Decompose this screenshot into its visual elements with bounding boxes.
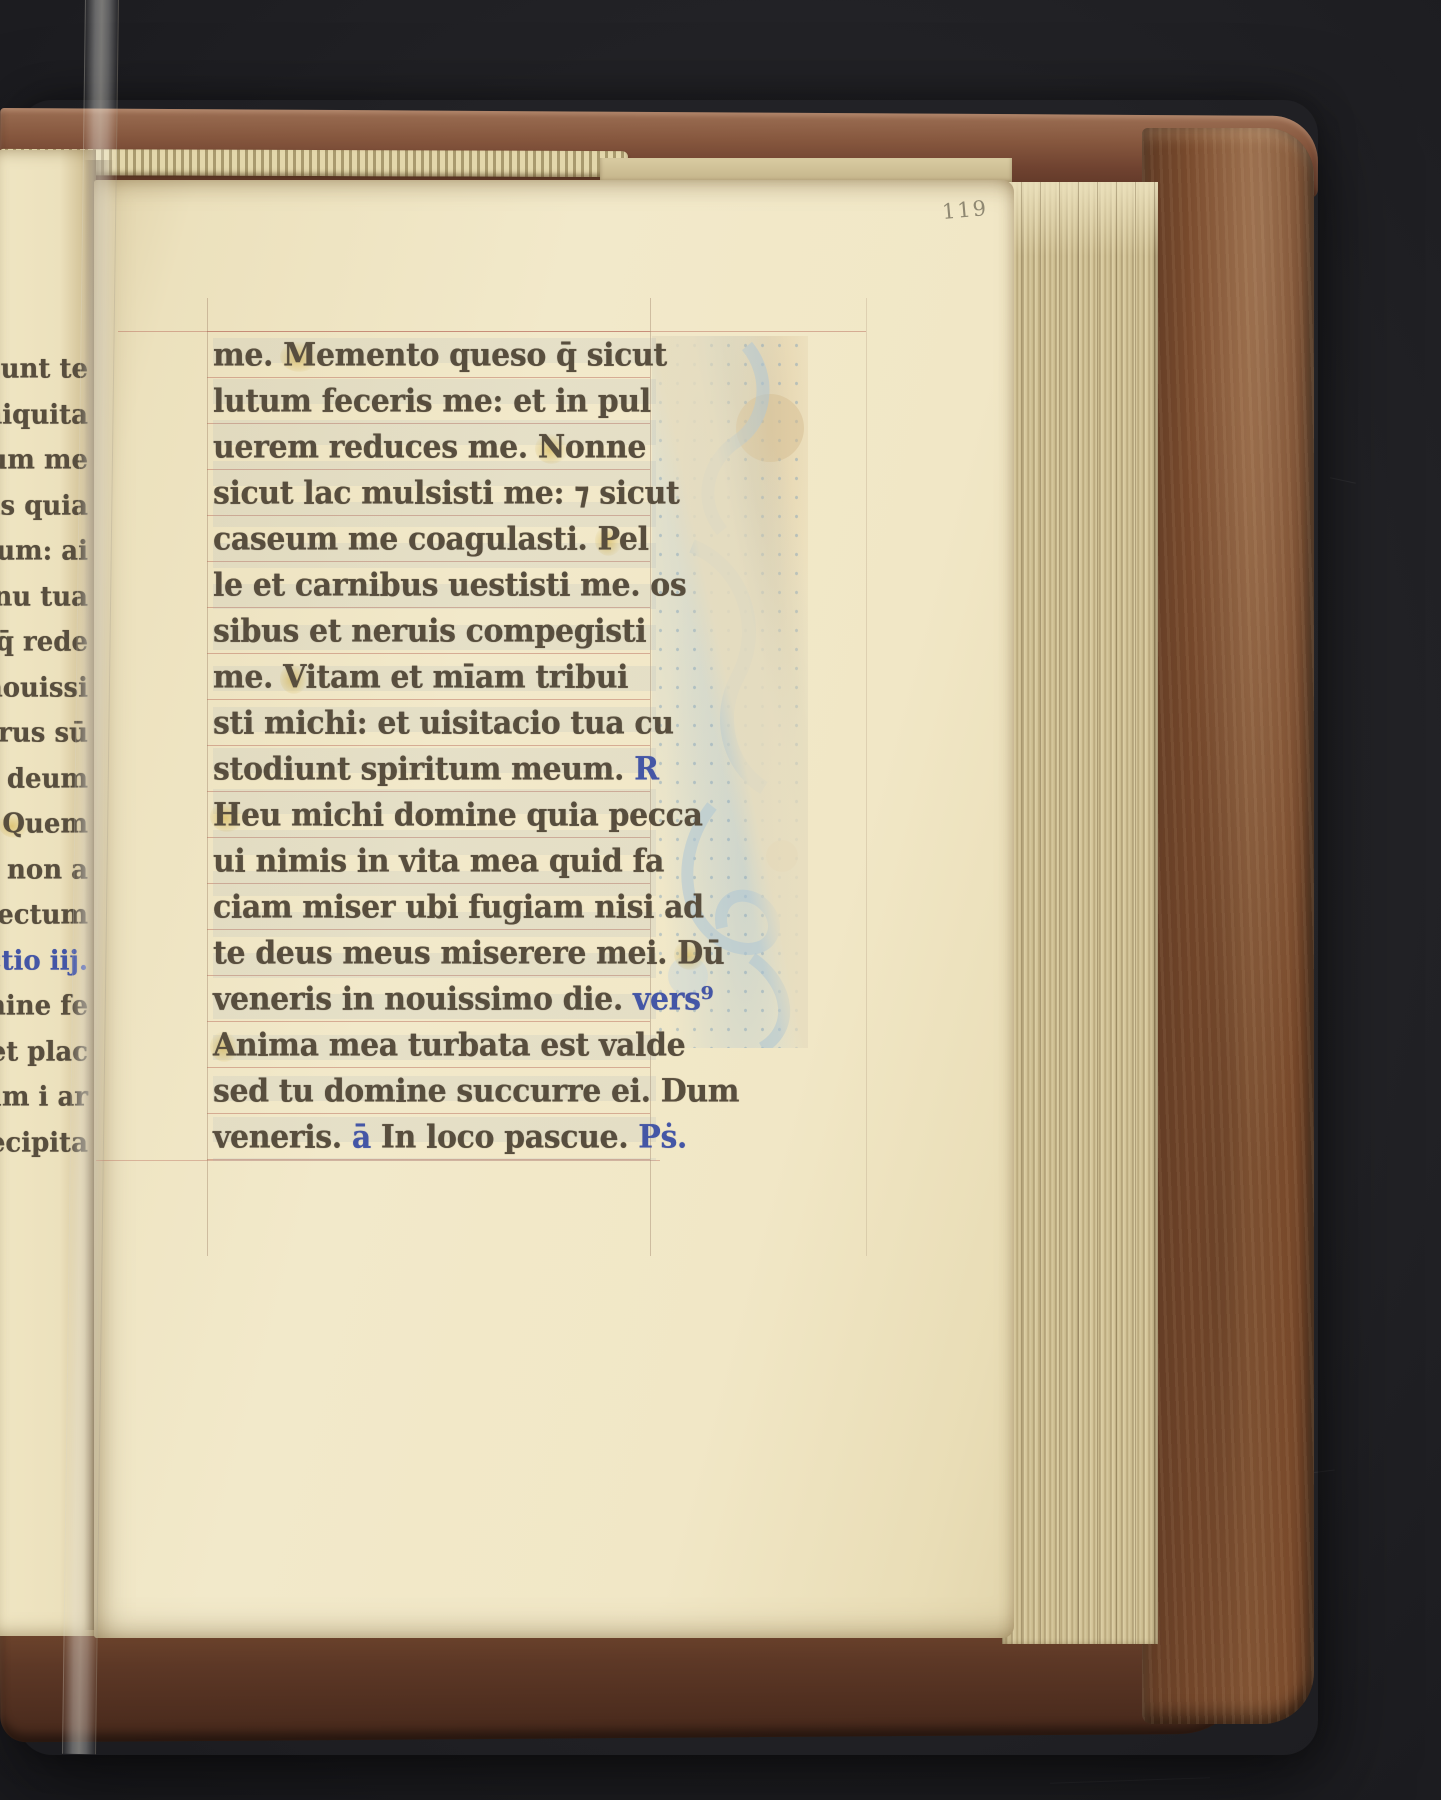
- text-segment: lutum feceris me: et in pul: [213, 383, 651, 420]
- manuscript-text-line: me. Memento queso q̄ sicut: [213, 332, 656, 380]
- text-segment: edo q̄ rede: [0, 626, 88, 658]
- pencil-folio-number: 119: [941, 196, 989, 224]
- manuscript-text-line: me. Vitam et mīam tribui: [213, 654, 656, 702]
- text-segment: P: [598, 521, 619, 558]
- manuscript-text-line: caseum me coagulasti. Pel: [213, 516, 656, 564]
- text-segment: uerem reduces me.: [213, 429, 538, 466]
- text-segment: In loco pascue.: [371, 1119, 638, 1156]
- manuscript-text-line: stodiunt spiritum meum. R: [213, 746, 656, 794]
- manuscript-text-line: uerem reduces me. Nonne: [213, 424, 656, 472]
- text-segment: Q: [2, 808, 25, 840]
- left-page-text-fragment: as quia: [0, 482, 88, 529]
- manuscript-text-line: Heu michi domine quia pecca: [213, 792, 656, 840]
- background-scratch: [1050, 1777, 1210, 1784]
- manuscript-text-line: le et carnibus uestisti me. os: [213, 562, 656, 610]
- main-text-lines: me. Memento queso q̄ sicutlutum feceris …: [213, 333, 656, 1161]
- text-segment: ui nimis in vita mea quid fa: [213, 843, 664, 880]
- acanthus-scroll: [692, 546, 764, 788]
- text-segment: ā: [352, 1119, 371, 1156]
- manuscript-text-line: lutum feceris me: et in pul: [213, 378, 656, 426]
- text-segment: sti michi: et uisitacio tua cu: [213, 705, 674, 742]
- manuscript-text-line: ciam miser ubi fugiam nisi ad: [213, 884, 656, 932]
- acanthus-scroll: [708, 346, 763, 531]
- left-page-text-fragment: anu tua: [0, 573, 88, 620]
- text-segment: veneris in nouissimo die.: [213, 981, 633, 1018]
- left-page-text-fragment: atum me: [0, 437, 88, 484]
- text-segment: D: [677, 935, 703, 972]
- text-segment: atum me: [0, 444, 88, 476]
- manuscript-text-line: sed tu domine succurre ei. Dum: [213, 1068, 656, 1116]
- text-segment: H: [213, 797, 241, 834]
- text-segment: onne: [565, 429, 646, 466]
- text-segment: veneris.: [213, 1119, 352, 1156]
- text-segment: n nouissi: [0, 672, 88, 704]
- bleedthrough-roundel: [736, 394, 804, 462]
- text-segment: stodiunt spiritum meum.: [213, 751, 634, 788]
- manuscript-text-line: ui nimis in vita mea quid fa: [213, 838, 656, 886]
- text-segment: itam et mīam tribui: [305, 659, 628, 696]
- manuscript-text-line: Anima mea turbata est valde: [213, 1022, 656, 1070]
- text-segment: N: [538, 429, 565, 466]
- text-segment: sed tu domine succurre ei. Dum: [213, 1073, 739, 1110]
- bleedthrough-blob: [766, 840, 798, 872]
- manuscript-text-line: sti michi: et uisitacio tua cu: [213, 700, 656, 748]
- left-page-text-fragment: edo q̄ rede: [0, 619, 88, 666]
- text-segment: V: [283, 659, 305, 696]
- left-bounding-line: [207, 298, 208, 1256]
- text-segment: vers⁹: [633, 981, 713, 1018]
- text-segment: emento queso q̄ sicut: [316, 337, 667, 374]
- text-segment: sunt te: [0, 353, 88, 385]
- text-segment: A: [213, 1027, 236, 1064]
- text-segment: eu michi domine quia pecca: [241, 797, 703, 834]
- manuscript-text-line: sicut lac mulsisti me: ⁊ sicut: [213, 470, 656, 518]
- text-segment: ū: [703, 935, 724, 972]
- manuscript-text-line: veneris. ā In loco pascue. Pṡ.: [213, 1114, 656, 1162]
- manuscript-text-line: sibus et neruis compegisti: [213, 608, 656, 656]
- left-page-text-fragment: iniquita: [0, 391, 88, 438]
- text-segment: te deus meus miserere mei.: [213, 935, 677, 972]
- text-segment: me.: [213, 659, 283, 696]
- text-segment: sibus et neruis compegisti: [213, 613, 646, 650]
- left-page-text-fragment: sunt te: [0, 347, 88, 393]
- book-right-cover: [1142, 128, 1314, 1724]
- margin-bounding-line: [866, 298, 867, 1256]
- text-segment: Pṡ.: [638, 1119, 687, 1156]
- text-segment: le et carnibus uestisti me. os: [213, 567, 686, 604]
- text-segment: R: [634, 751, 659, 788]
- fore-edge-page-stack: [1002, 182, 1158, 1644]
- text-segment: ciam miser ubi fugiam nisi ad: [213, 889, 704, 926]
- text-segment: nima mea turbata est valde: [236, 1027, 685, 1064]
- text-segment: me.: [213, 337, 283, 374]
- text-segment: as quia: [0, 490, 88, 521]
- left-page-text-fragment: ectum: ai: [0, 528, 88, 575]
- manuscript-text-line: te deus meus miserere mei. Dū: [213, 930, 656, 978]
- manuscript-text-line: veneris in nouissimo die. vers⁹: [213, 976, 656, 1024]
- text-segment: iniquita: [0, 399, 88, 431]
- text-segment: caseum me coagulasti.: [213, 521, 598, 558]
- acanthus-scroll: [752, 958, 784, 1048]
- text-segment: sicut lac mulsisti me: ⁊ sicut: [213, 475, 679, 512]
- text-segment: anu tua: [0, 581, 88, 613]
- photograph-scene: me. Memento queso q̄ sicutlutum feceris …: [0, 0, 1441, 1800]
- background-scratch: [1330, 477, 1356, 483]
- text-segment: ectum: ai: [0, 535, 88, 567]
- text-segment: M: [283, 337, 316, 374]
- text-segment: el: [619, 521, 649, 558]
